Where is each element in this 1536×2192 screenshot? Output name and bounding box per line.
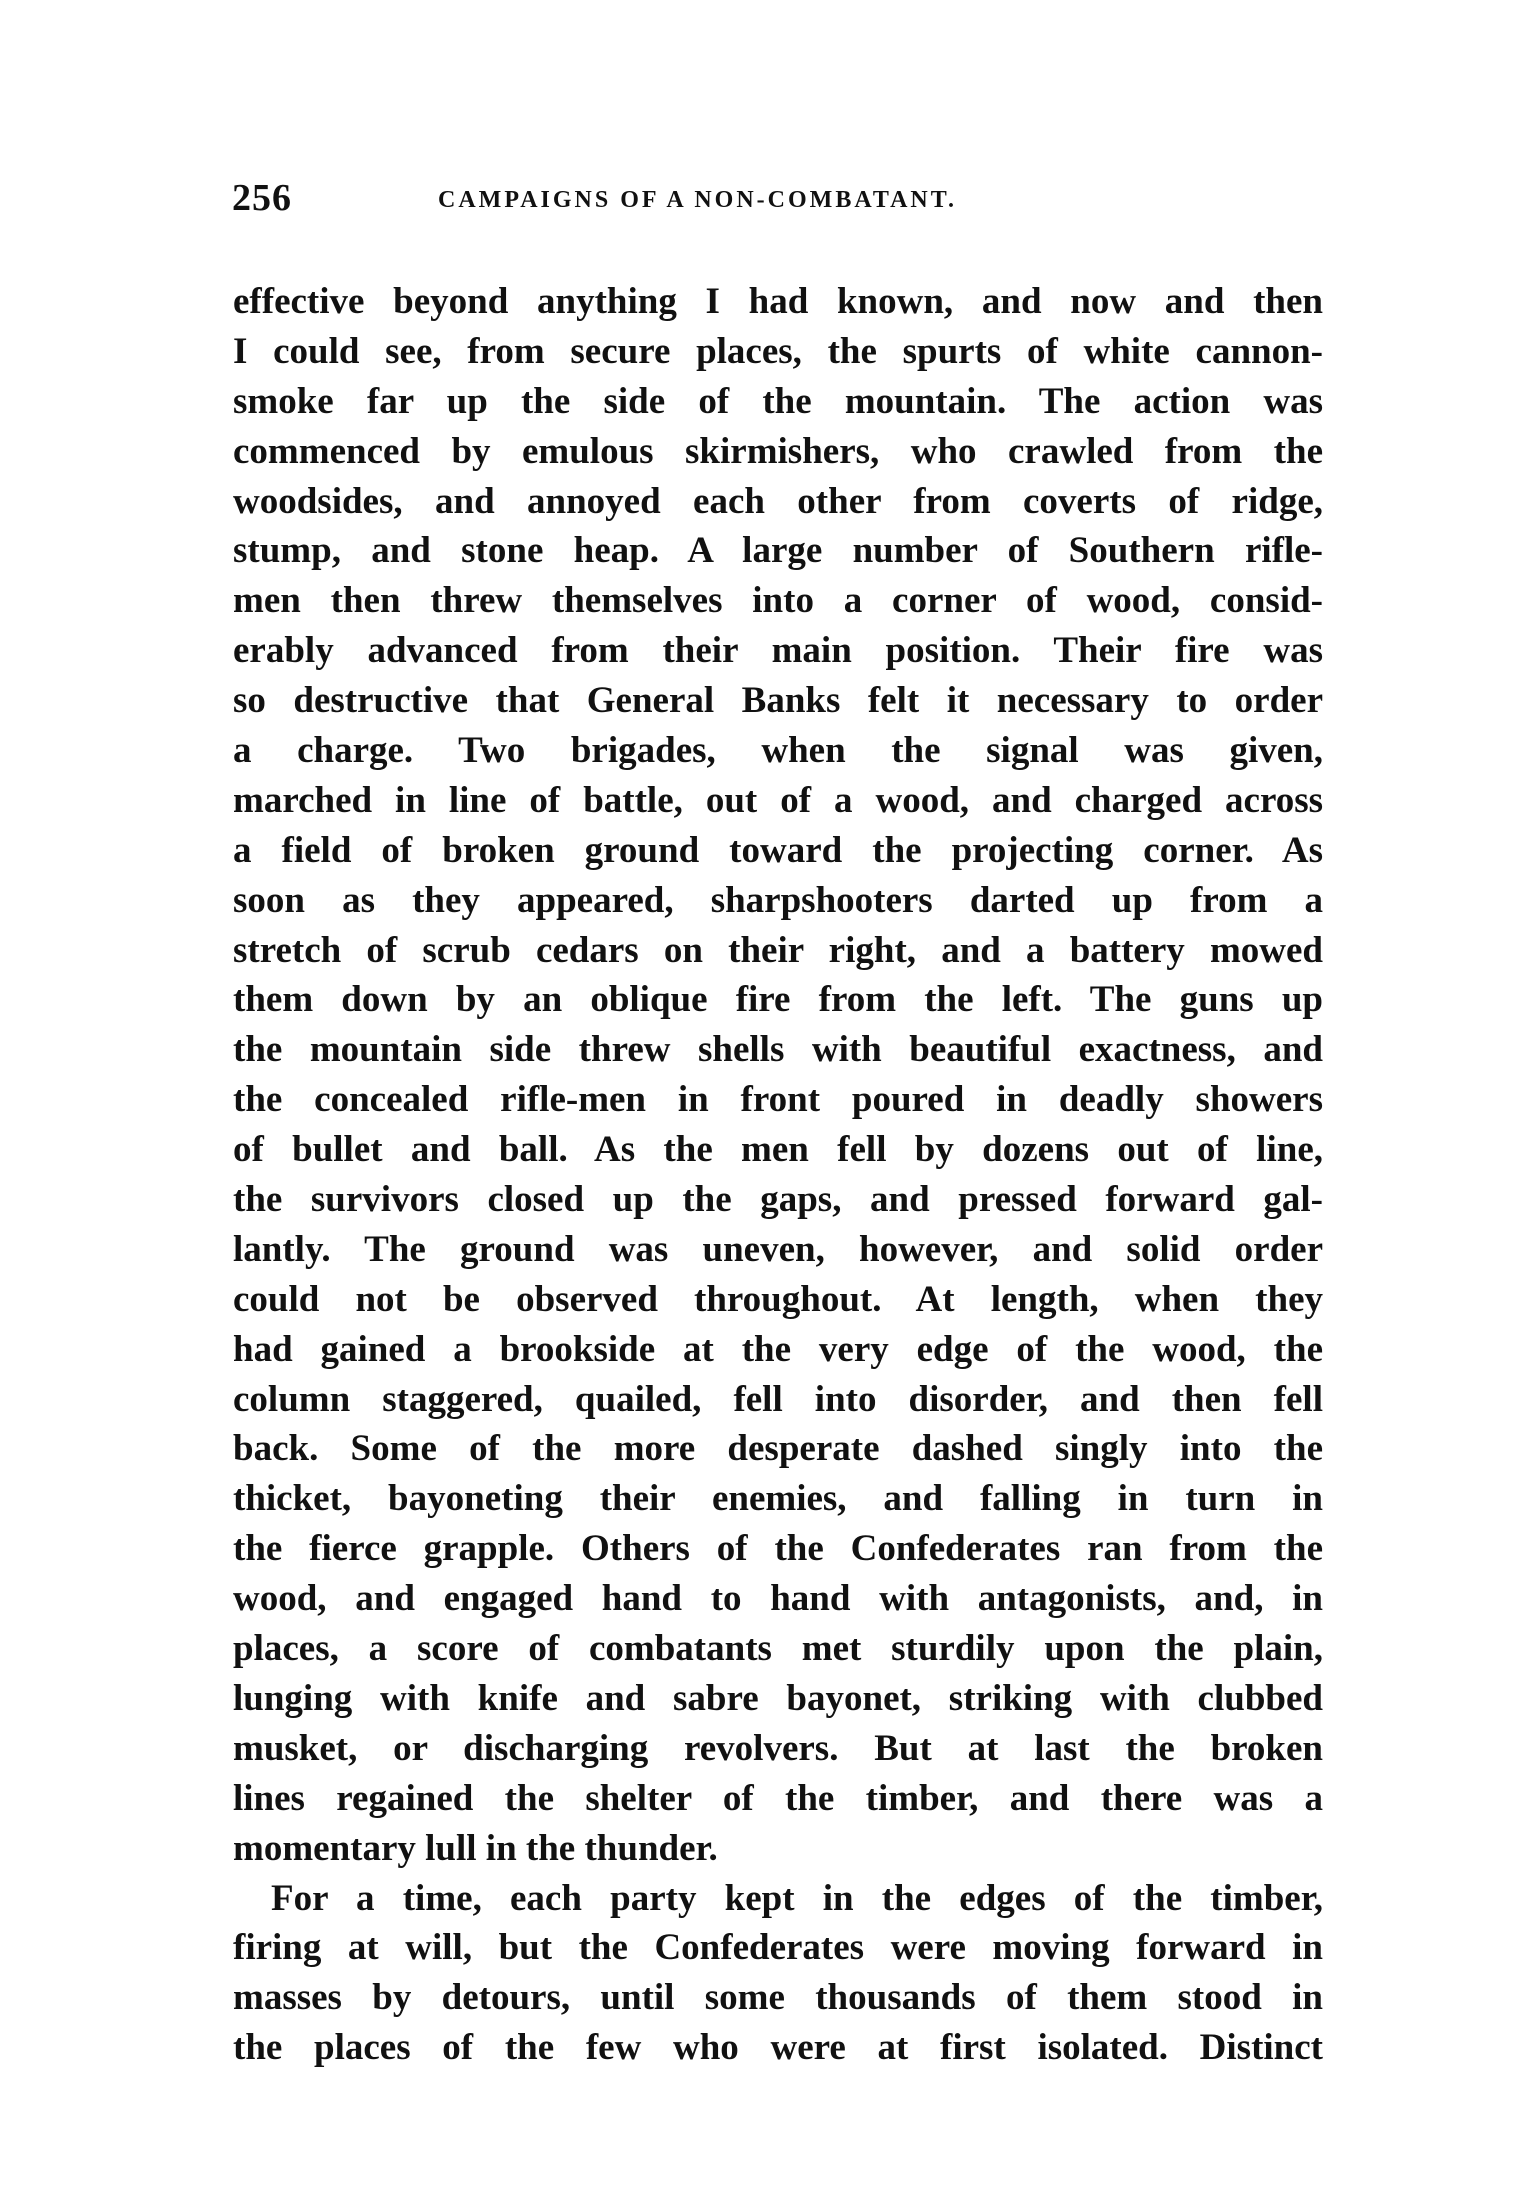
text-line: stretch of scrub cedars on their right, … <box>233 926 1323 976</box>
running-head: 256 CAMPAIGNS OF A NON-COMBATANT. <box>232 176 1324 220</box>
text-line: woodsides, and annoyed each other from c… <box>233 477 1323 527</box>
text-line: smoke far up the side of the mountain. T… <box>233 377 1323 427</box>
text-line: lines regained the shelter of the timber… <box>233 1774 1323 1824</box>
text-line: lunging with knife and sabre bayonet, st… <box>233 1674 1323 1724</box>
book-page: 256 CAMPAIGNS OF A NON-COMBATANT. effect… <box>0 0 1536 2192</box>
text-line: soon as they appeared, sharpshooters dar… <box>233 876 1323 926</box>
text-line: thicket, bayoneting their enemies, and f… <box>233 1474 1323 1524</box>
text-line: firing at will, but the Confederates wer… <box>233 1923 1323 1973</box>
text-line: wood, and engaged hand to hand with anta… <box>233 1574 1323 1624</box>
text-line: so destructive that General Banks felt i… <box>233 676 1323 726</box>
text-line: a field of broken ground toward the proj… <box>233 826 1323 876</box>
text-line: the places of the few who were at first … <box>233 2023 1323 2073</box>
text-line: a charge. Two brigades, when the signal … <box>233 726 1323 776</box>
text-line: effective beyond anything I had known, a… <box>233 277 1323 327</box>
page-number: 256 <box>232 176 292 220</box>
text-line: momentary lull in the thunder. <box>233 1824 1323 1874</box>
text-line: masses by detours, until some thousands … <box>233 1973 1323 2023</box>
text-line: men then threw themselves into a corner … <box>233 576 1323 626</box>
text-line: marched in line of battle, out of a wood… <box>233 776 1323 826</box>
text-line: stump, and stone heap. A large number of… <box>233 526 1323 576</box>
text-line: commenced by emulous skirmishers, who cr… <box>233 427 1323 477</box>
paragraph-2: For a time, each party kept in the edges… <box>233 1874 1323 2074</box>
text-line: the mountain side threw shells with beau… <box>233 1025 1323 1075</box>
text-line: the fierce grapple. Others of the Confed… <box>233 1524 1323 1574</box>
text-line: erably advanced from their main position… <box>233 626 1323 676</box>
text-line: the survivors closed up the gaps, and pr… <box>233 1175 1323 1225</box>
text-line: the concealed rifle-men in front poured … <box>233 1075 1323 1125</box>
text-line: I could see, from secure places, the spu… <box>233 327 1323 377</box>
text-line: could not be observed throughout. At len… <box>233 1275 1323 1325</box>
body-text: effective beyond anything I had known, a… <box>233 277 1323 2073</box>
text-line: had gained a brookside at the very edge … <box>233 1325 1323 1375</box>
text-line: places, a score of combatants met sturdi… <box>233 1624 1323 1674</box>
text-line: them down by an oblique fire from the le… <box>233 975 1323 1025</box>
text-line: back. Some of the more desperate dashed … <box>233 1424 1323 1474</box>
text-line: For a time, each party kept in the edges… <box>233 1874 1323 1924</box>
text-line: musket, or discharging revolvers. But at… <box>233 1724 1323 1774</box>
running-title: CAMPAIGNS OF A NON-COMBATANT. <box>438 182 957 218</box>
paragraph-1: effective beyond anything I had known, a… <box>233 277 1323 1874</box>
text-line: column staggered, quailed, fell into dis… <box>233 1375 1323 1425</box>
text-line: lantly. The ground was uneven, however, … <box>233 1225 1323 1275</box>
text-line: of bullet and ball. As the men fell by d… <box>233 1125 1323 1175</box>
